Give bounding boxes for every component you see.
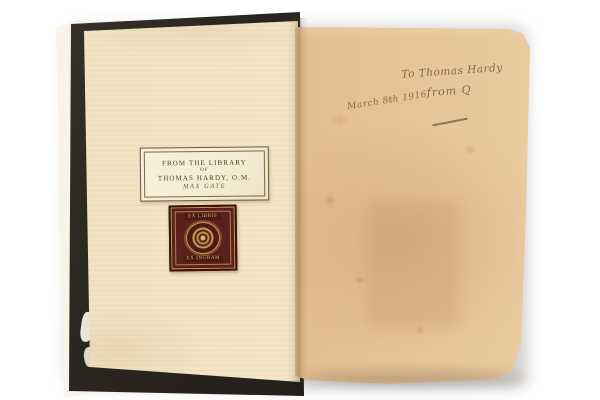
gutter-shadow xyxy=(286,18,308,382)
exlibris-medallion xyxy=(186,222,220,254)
bookplate-line-4: MAX GATE xyxy=(183,182,226,189)
foxing-patch xyxy=(368,202,460,327)
bookplate-line-2: OF xyxy=(200,167,208,172)
exlibris-top-text: EX LIBRIS xyxy=(185,214,220,220)
exlibris-bottom-text: EX INGRAM xyxy=(183,256,223,263)
exlibris-bookplate: EX LIBRIS EX INGRAM xyxy=(169,205,238,272)
photo-backdrop: FROM THE LIBRARY OF THOMAS HARDY, O.M. M… xyxy=(0,0,600,400)
bookplate-line-3: THOMAS HARDY, O.M. xyxy=(158,173,251,182)
printed-bookplate: FROM THE LIBRARY OF THOMAS HARDY, O.M. M… xyxy=(140,146,270,201)
right-page-shadow xyxy=(302,372,526,386)
bookplate-line-1: FROM THE LIBRARY xyxy=(162,158,247,167)
printed-bookplate-frame: FROM THE LIBRARY OF THOMAS HARDY, O.M. M… xyxy=(144,150,265,197)
